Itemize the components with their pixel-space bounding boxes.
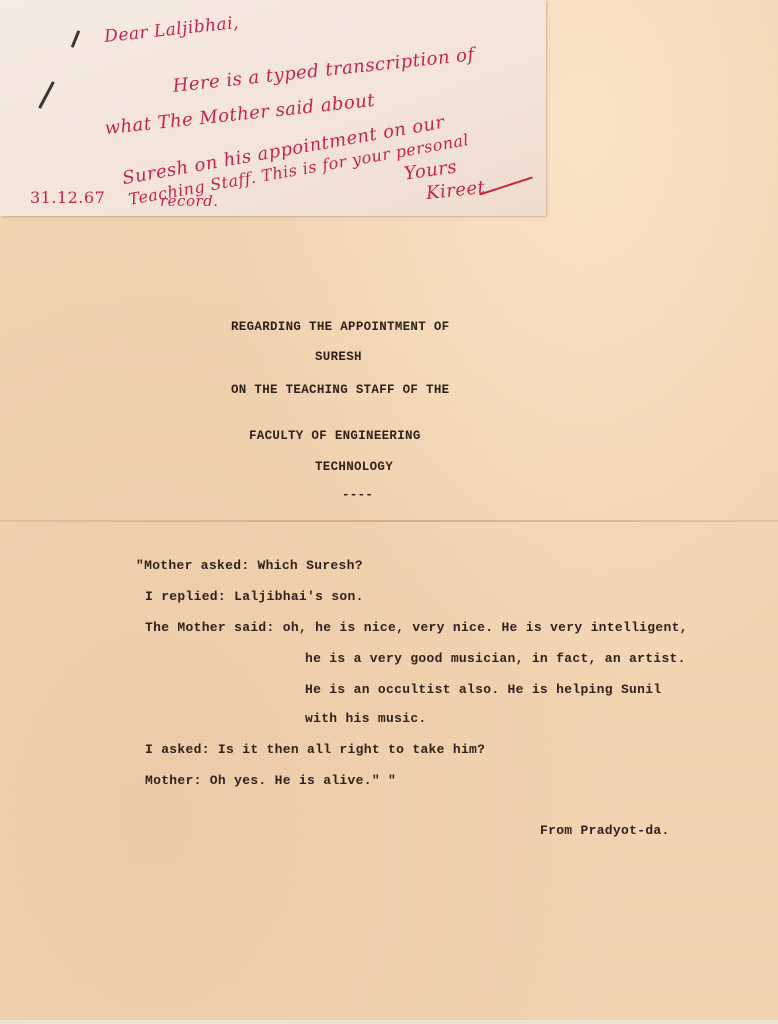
heading-line-2: SURESH: [315, 350, 362, 364]
note-date: 31.12.67: [30, 188, 105, 207]
staple-icon: [38, 81, 55, 109]
paper-bottom-edge: [0, 1020, 778, 1024]
heading-line-1: REGARDING THE APPOINTMENT OF: [231, 320, 449, 334]
paper-fold-line: [0, 520, 778, 522]
body-line: Mother: Oh yes. He is alive." ": [145, 773, 396, 788]
heading-line-3: ON THE TEACHING STAFF OF THE: [231, 383, 449, 397]
note-salutation: Dear Laljibhai,: [103, 13, 240, 47]
body-line: He is an occultist also. He is helping S…: [305, 682, 661, 697]
body-line: "Mother asked: Which Suresh?: [136, 558, 363, 573]
note-line: record.: [160, 192, 219, 210]
body-line: I replied: Laljibhai's son.: [145, 589, 364, 604]
body-line: he is a very good musician, in fact, an …: [305, 651, 686, 666]
heading-divider: ----: [342, 488, 373, 502]
staple-icon: [71, 30, 81, 48]
body-line: I asked: Is it then all right to take hi…: [145, 742, 485, 757]
attribution: From Pradyot-da.: [540, 823, 670, 838]
body-line: The Mother said: oh, he is nice, very ni…: [145, 620, 688, 635]
note-line: Here is a typed transcription of: [172, 44, 476, 97]
heading-line-5: TECHNOLOGY: [315, 460, 393, 474]
handwritten-note: Dear Laljibhai, Here is a typed transcri…: [0, 0, 546, 216]
body-line: with his music.: [305, 711, 427, 726]
signature-underline: [479, 176, 533, 195]
note-signature: Kireet: [425, 177, 486, 204]
heading-line-4: FACULTY OF ENGINEERING: [249, 429, 421, 443]
